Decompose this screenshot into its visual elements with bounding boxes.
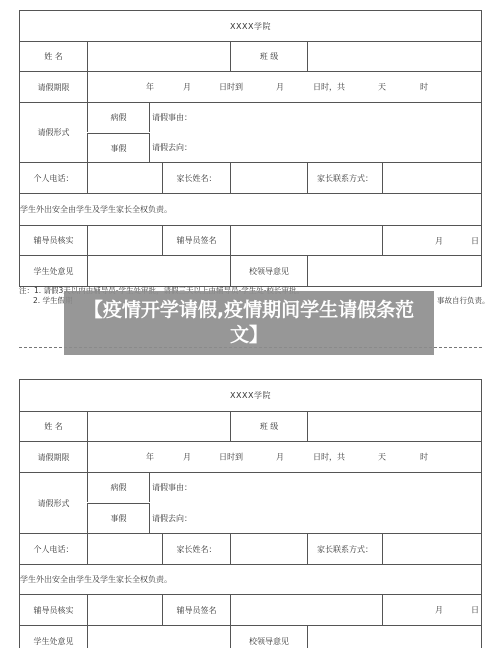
period-month-start: 月: [183, 452, 191, 463]
sick-leave-option[interactable]: 病假: [87, 103, 149, 132]
class-field[interactable]: [307, 412, 481, 441]
phone-label: 个人电话：: [20, 534, 87, 564]
date-day: 日: [471, 605, 479, 616]
safety-row: 学生外出安全由学生及学生家长全权负责。: [20, 193, 481, 225]
name-row: 姓 名 班 级: [20, 411, 481, 441]
period-month-end: 月: [276, 452, 284, 463]
parent-name-label: 家长姓名：: [162, 163, 230, 193]
period-row: 请假期限 年 月 日时到 月 日时，共 天 时: [20, 71, 481, 102]
school-row: XXXX学院: [20, 380, 481, 411]
name-label: 姓 名: [20, 42, 87, 71]
period-days: 天: [378, 82, 386, 93]
school-name: XXXX学院: [20, 11, 481, 41]
principal-field[interactable]: [307, 626, 481, 648]
period-field[interactable]: 年 月 日时到 月 日时，共 天 时: [87, 72, 481, 102]
counselor-verify-field[interactable]: [87, 226, 162, 255]
period-label: 请假期限: [20, 442, 87, 472]
period-days: 天: [378, 452, 386, 463]
period-year: 年: [146, 82, 154, 93]
period-row: 请假期限 年 月 日时到 月 日时，共 天 时: [20, 441, 481, 472]
sick-leave-option[interactable]: 病假: [87, 473, 149, 502]
opinion-row: 学生处意见 校领导意见: [20, 625, 481, 648]
date-month: 月: [435, 235, 443, 246]
destination-field[interactable]: 请假去向：: [149, 133, 481, 162]
class-label: 班 级: [230, 412, 307, 441]
student-office-field[interactable]: [87, 256, 230, 286]
type-row: 请假形式 病假 事假 请假事由： 请假去向：: [20, 472, 481, 533]
counselor-verify-field[interactable]: [87, 595, 162, 625]
opinion-row: 学生处意见 校领导意见: [20, 255, 481, 286]
destination-field[interactable]: 请假去向：: [149, 503, 481, 533]
leave-form-2: XXXX学院 姓 名 班 级 请假期限 年 月 日时到 月 日时，共 天 时 请…: [19, 379, 482, 648]
principal-field[interactable]: [307, 256, 481, 286]
contact-row: 个人电话： 家长姓名： 家长联系方式：: [20, 162, 481, 193]
type-label: 请假形式: [20, 473, 87, 533]
personal-leave-option[interactable]: 事假: [87, 503, 149, 533]
phone-label: 个人电话：: [20, 163, 87, 193]
safety-note: 学生外出安全由学生及学生家长全权负责。: [20, 194, 481, 225]
parent-contact-field[interactable]: [382, 163, 481, 193]
date-month: 月: [435, 605, 443, 616]
counselor-sign-field[interactable]: [230, 226, 382, 255]
period-month-start: 月: [183, 82, 191, 93]
parent-name-field[interactable]: [230, 534, 307, 564]
student-office-field[interactable]: [87, 626, 230, 648]
period-hours: 时: [420, 452, 428, 463]
note-line-2-end: 事故自行负责。: [437, 296, 490, 306]
parent-contact-label: 家长联系方式：: [307, 534, 382, 564]
period-day-to: 日时到: [219, 82, 243, 93]
counselor-verify-label: 辅导员核实: [20, 226, 87, 255]
date-field[interactable]: 月 日: [382, 226, 481, 255]
name-label: 姓 名: [20, 412, 87, 441]
period-year: 年: [146, 452, 154, 463]
parent-name-field[interactable]: [230, 163, 307, 193]
period-day-to: 日时到: [219, 452, 243, 463]
safety-row: 学生外出安全由学生及学生家长全权负责。: [20, 564, 481, 594]
school-row: XXXX学院: [20, 11, 481, 41]
date-day: 日: [471, 235, 479, 246]
reason-field[interactable]: 请假事由：: [149, 473, 481, 502]
personal-leave-option[interactable]: 事假: [87, 133, 149, 162]
class-label: 班 级: [230, 42, 307, 71]
counselor-row: 辅导员核实 辅导员签名 月 日: [20, 225, 481, 255]
student-office-label: 学生处意见: [20, 256, 87, 286]
name-field[interactable]: [87, 412, 230, 441]
type-row: 请假形式 病假 事假 请假事由： 请假去向：: [20, 102, 481, 162]
name-row: 姓 名 班 级: [20, 41, 481, 71]
period-day-total: 日时，共: [313, 82, 345, 93]
counselor-row: 辅导员核实 辅导员签名 月 日: [20, 594, 481, 625]
phone-field[interactable]: [87, 163, 162, 193]
phone-field[interactable]: [87, 534, 162, 564]
school-name: XXXX学院: [20, 380, 481, 411]
counselor-verify-label: 辅导员核实: [20, 595, 87, 625]
principal-label: 校领导意见: [230, 256, 307, 286]
leave-form-1: XXXX学院 姓 名 班 级 请假期限 年 月 日时到 月 日时，共 天 时 请…: [19, 10, 482, 287]
counselor-sign-field[interactable]: [230, 595, 382, 625]
name-field[interactable]: [87, 42, 230, 71]
period-hours: 时: [420, 82, 428, 93]
principal-label: 校领导意见: [230, 626, 307, 648]
contact-row: 个人电话： 家长姓名： 家长联系方式：: [20, 533, 481, 564]
parent-contact-label: 家长联系方式：: [307, 163, 382, 193]
period-month-end: 月: [276, 82, 284, 93]
parent-contact-field[interactable]: [382, 534, 481, 564]
counselor-sign-label: 辅导员签名: [162, 595, 230, 625]
period-label: 请假期限: [20, 72, 87, 102]
parent-name-label: 家长姓名：: [162, 534, 230, 564]
counselor-sign-label: 辅导员签名: [162, 226, 230, 255]
reason-field[interactable]: 请假事由：: [149, 103, 481, 132]
type-label: 请假形式: [20, 103, 87, 162]
period-day-total: 日时，共: [313, 452, 345, 463]
class-field[interactable]: [307, 42, 481, 71]
safety-note: 学生外出安全由学生及学生家长全权负责。: [20, 565, 481, 594]
period-field[interactable]: 年 月 日时到 月 日时，共 天 时: [87, 442, 481, 472]
student-office-label: 学生处意见: [20, 626, 87, 648]
date-field[interactable]: 月 日: [382, 595, 481, 625]
article-title-banner: 【疫情开学请假,疫情期间学生请假条范文】: [64, 291, 434, 355]
